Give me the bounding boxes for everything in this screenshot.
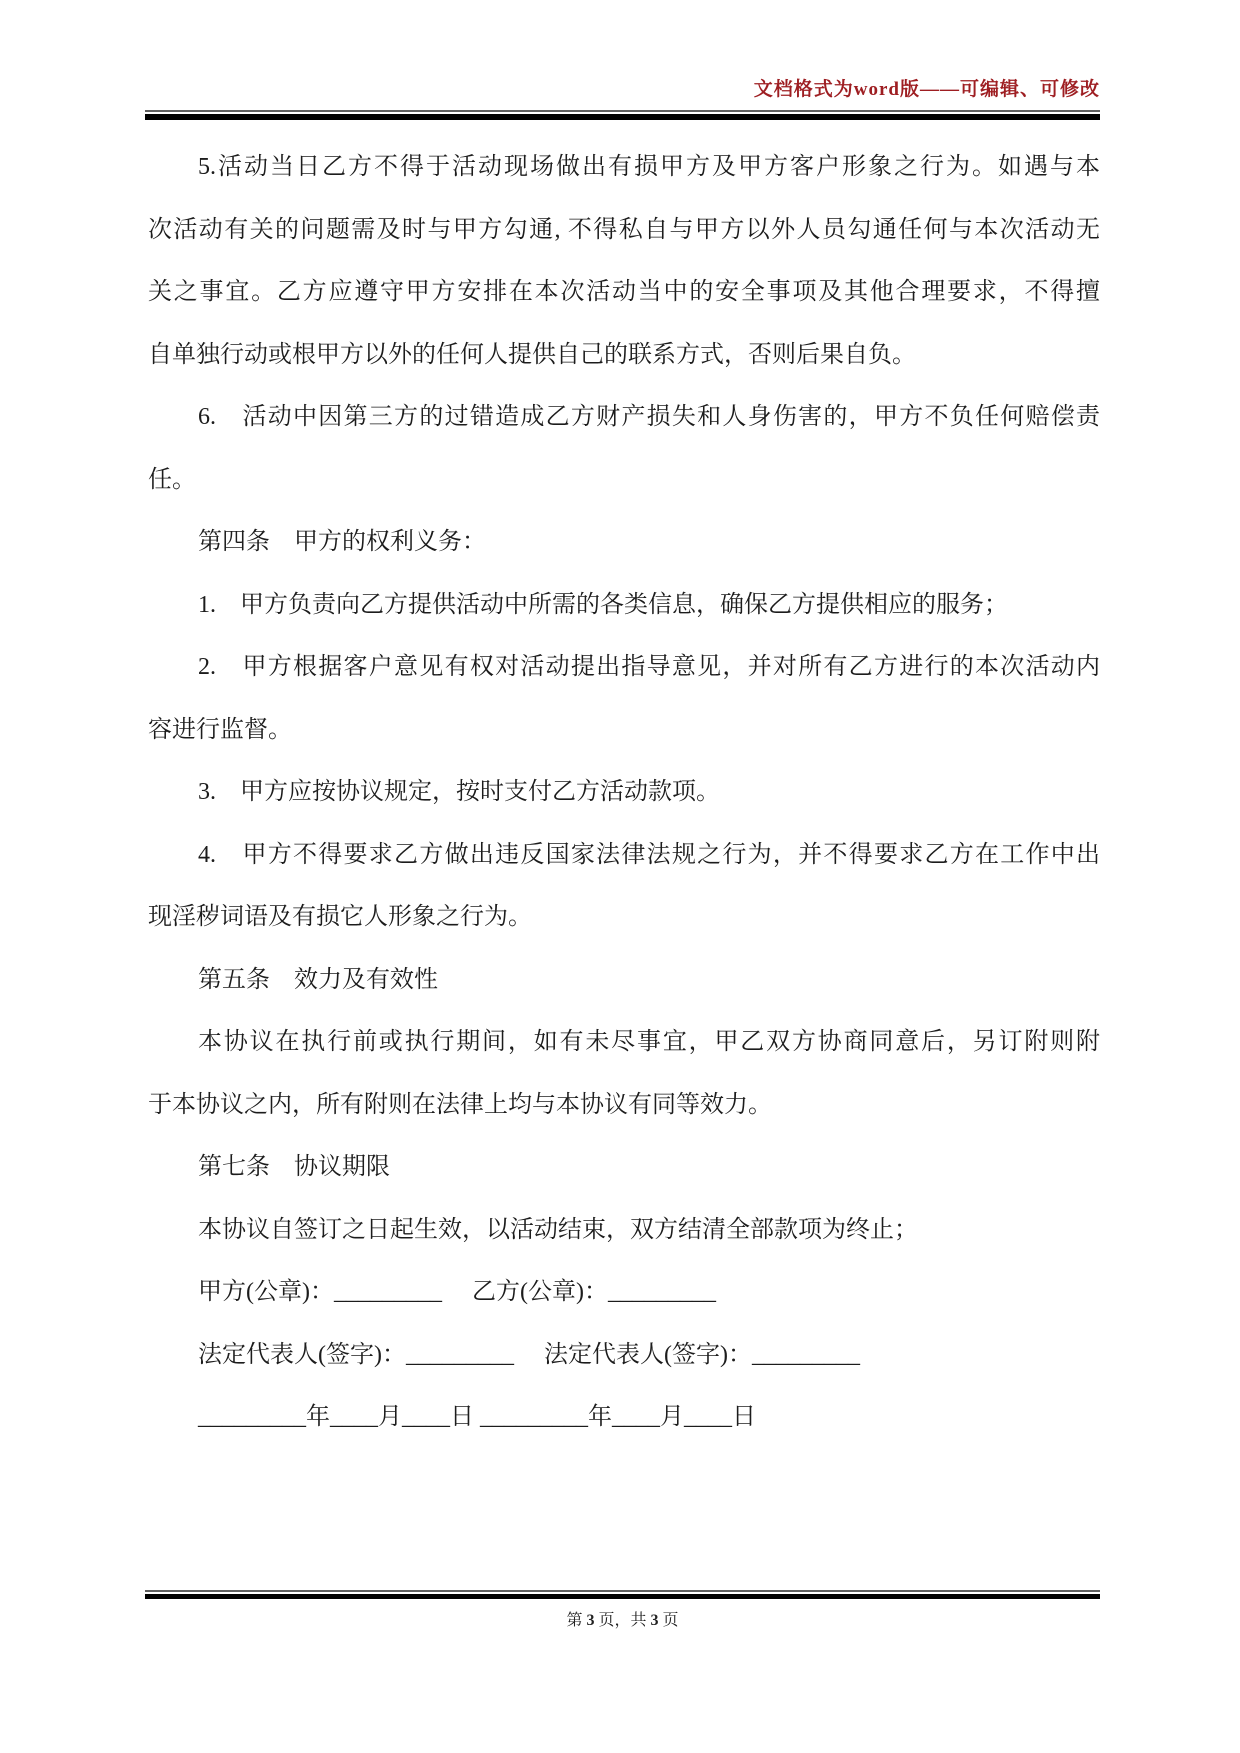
- page-number-prefix: 第: [566, 1612, 586, 1629]
- footer-double-rule: [145, 1590, 1100, 1599]
- document-line: 自单独行动或根甲方以外的任何人提供自己的联系方式，否则后果自负。: [148, 324, 1100, 387]
- document-line: 2. 甲方根据客户意见有权对活动提出指导意见，并对所有乙方进行的本次活动内: [148, 636, 1100, 699]
- document-line: 第四条 甲方的权利义务：: [148, 511, 1100, 574]
- document-body: 5.活动当日乙方不得于活动现场做出有损甲方及甲方客户形象之行为。如遇与本次活动有…: [148, 136, 1100, 1449]
- document-line: 次活动有关的问题需及时与甲方勾通, 不得私自与甲方以外人员勾通任何与本次活动无: [148, 199, 1100, 262]
- document-line: 甲方(公章)：_________ 乙方(公章)：_________: [148, 1261, 1100, 1324]
- document-line: 6. 活动中因第三方的过错造成乙方财产损失和人身伤害的，甲方不负任何赔偿责: [148, 386, 1100, 449]
- document-line: 3. 甲方应按协议规定，按时支付乙方活动款项。: [148, 761, 1100, 824]
- document-line: 关之事宜。乙方应遵守甲方安排在本次活动当中的安全事项及其他合理要求，不得擅: [148, 261, 1100, 324]
- document-line: 4. 甲方不得要求乙方做出违反国家法律法规之行为，并不得要求乙方在工作中出: [148, 824, 1100, 887]
- document-line: 任。: [148, 449, 1100, 512]
- page-number-suffix: 页: [659, 1612, 679, 1629]
- document-line: 5.活动当日乙方不得于活动现场做出有损甲方及甲方客户形象之行为。如遇与本: [148, 136, 1100, 199]
- document-page: 文档格式为word版——可编辑、可修改 5.活动当日乙方不得于活动现场做出有损甲…: [0, 0, 1240, 1753]
- document-line: _________年____月____日 _________年____月____…: [148, 1386, 1100, 1449]
- footer-rule-thick-line: [145, 1594, 1100, 1599]
- header-rule-thick-line: [145, 114, 1100, 120]
- footer-rule-thin-line: [145, 1590, 1100, 1592]
- document-line: 容进行监督。: [148, 699, 1100, 762]
- document-line: 本协议自签订之日起生效，以活动结束，双方结清全部款项为终止；: [148, 1199, 1100, 1262]
- total-page-number: 3: [651, 1612, 659, 1629]
- page-number-middle: 页，共: [594, 1612, 650, 1629]
- page-number: 第 3 页，共 3 页: [145, 1607, 1100, 1630]
- document-line: 第七条 协议期限: [148, 1136, 1100, 1199]
- document-line: 法定代表人(签字)：_________ 法定代表人(签字)：_________: [148, 1324, 1100, 1387]
- header-rule-thin-line: [145, 110, 1100, 112]
- document-line: 本协议在执行前或执行期间，如有未尽事宜，甲乙双方协商同意后，另订附则附: [148, 1011, 1100, 1074]
- header-notice: 文档格式为word版——可编辑、可修改: [145, 74, 1100, 101]
- document-line: 现淫秽词语及有损它人形象之行为。: [148, 886, 1100, 949]
- document-line: 第五条 效力及有效性: [148, 949, 1100, 1012]
- header-double-rule: [145, 110, 1100, 120]
- document-line: 1. 甲方负责向乙方提供活动中所需的各类信息，确保乙方提供相应的服务；: [148, 574, 1100, 637]
- document-line: 于本协议之内，所有附则在法律上均与本协议有同等效力。: [148, 1074, 1100, 1137]
